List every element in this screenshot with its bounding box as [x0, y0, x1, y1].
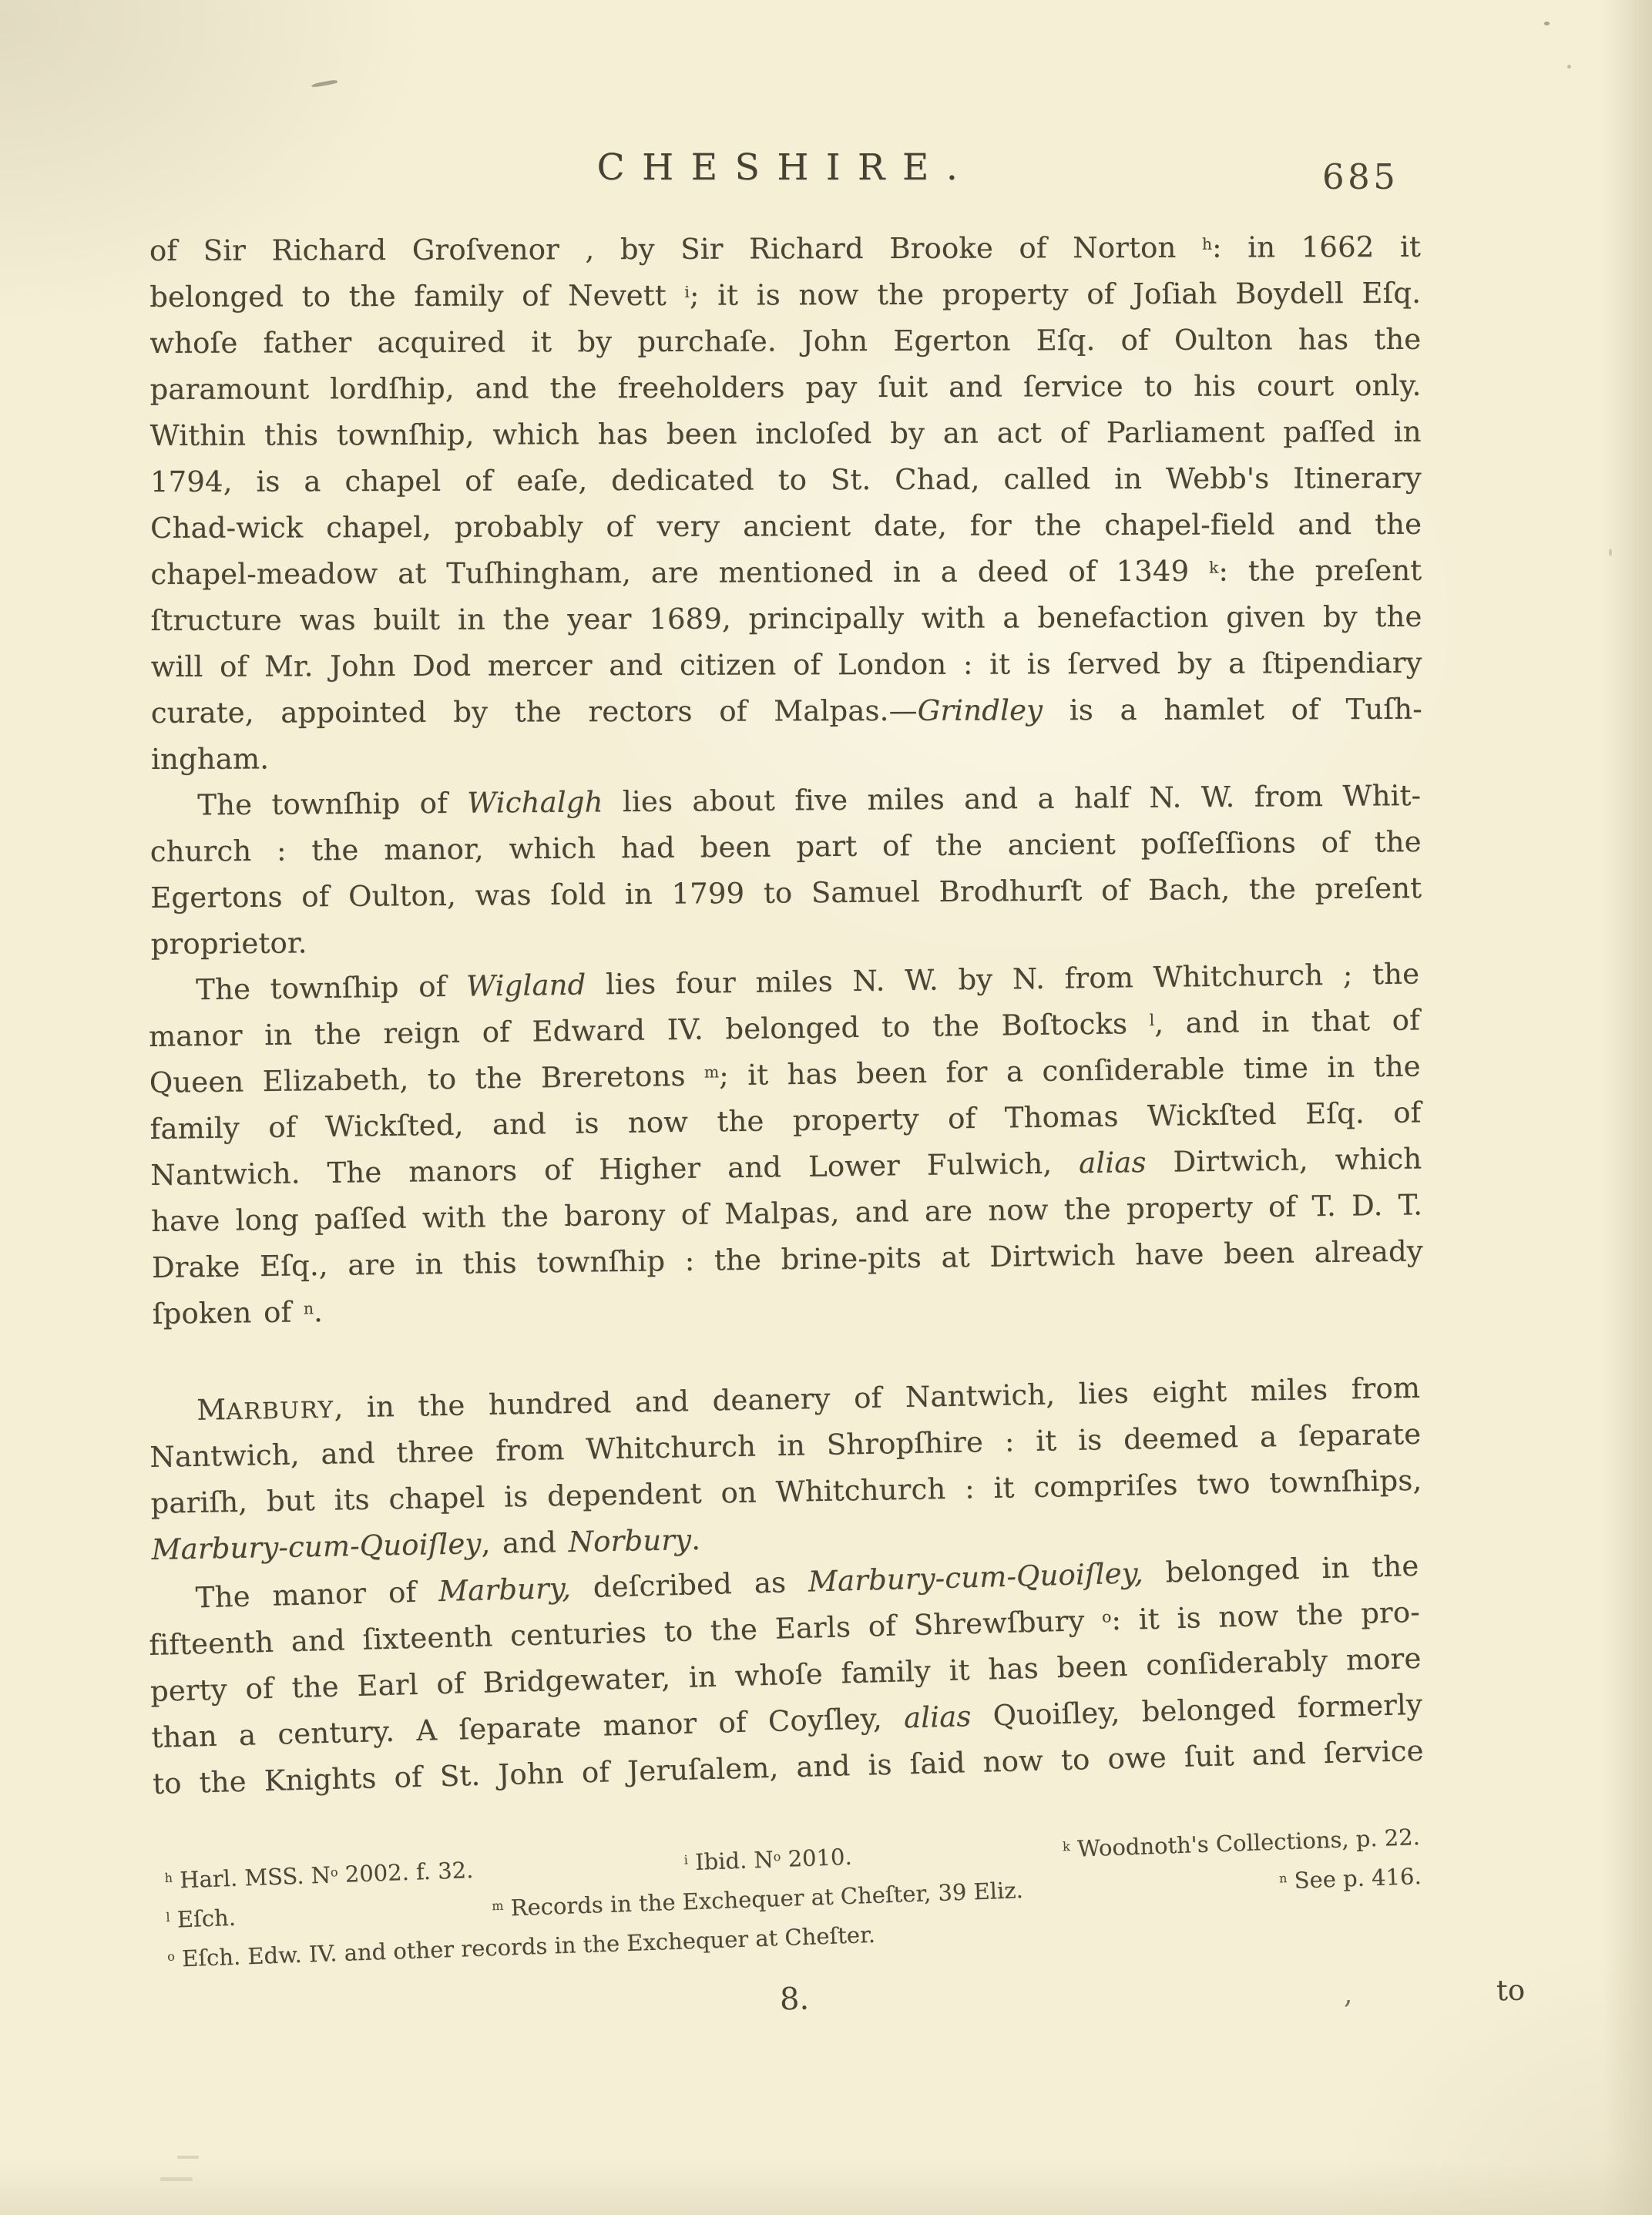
- text-segment: alias: [903, 1700, 972, 1734]
- footnote-ref: m: [492, 1898, 504, 1914]
- footnote-ref: h: [164, 1871, 173, 1885]
- paragraph: The townſhip of Wigland lies four miles …: [148, 951, 1424, 1337]
- footnotes: h Harl. MSS. No 2002. f. 32.i Ibid. No 2…: [164, 1819, 1423, 1981]
- footnote-ref: o: [773, 1849, 781, 1864]
- scan-squiggle-mark: [311, 79, 337, 88]
- text-segment: Marbury-cum-Quoiſley: [151, 1527, 482, 1566]
- footnote-ref: h: [1202, 235, 1212, 253]
- text-line: 1794, is a chapel of eaſe, dedicated to …: [150, 455, 1422, 505]
- text-segment: Chad-wick chapel, probably of very ancie…: [150, 508, 1422, 545]
- page-number: 685: [1322, 156, 1398, 197]
- text-line: chapel-meadow at Tuſhingham, are mention…: [150, 548, 1422, 598]
- text-segment: curate, appointed by the rectors of Malp…: [151, 694, 918, 730]
- text-segment: Quoiſley, belonged formerly: [971, 1688, 1423, 1733]
- text-segment: The townſhip of: [197, 787, 467, 822]
- text-segment: Drake Eſq., are in this townſhip : the b…: [152, 1234, 1423, 1284]
- scan-speck: [1609, 549, 1612, 556]
- text-segment: : the preſent: [1218, 554, 1422, 588]
- text-segment: 2010.: [781, 1844, 852, 1872]
- text-segment: proprietor.: [151, 926, 307, 961]
- text-line: ſtructure was built in the year 1689, pr…: [150, 594, 1422, 644]
- text-segment: Egertons of Oulton, was ſold in 1799 to …: [150, 871, 1422, 915]
- text-segment: M: [196, 1393, 227, 1427]
- text-line: whoſe father acquired it by purchaſe. Jo…: [149, 317, 1421, 367]
- text-segment: Woodnoth's Collections, p. 22.: [1069, 1824, 1420, 1862]
- scan-speck: [160, 2177, 193, 2181]
- footnote-ref: o: [1102, 1608, 1112, 1626]
- text-segment: Wichalgh: [467, 785, 603, 819]
- text-segment: : in 1662 it: [1212, 230, 1421, 264]
- scan-speck: [1567, 65, 1571, 69]
- text-segment: ; it is now the property of Joſiah Boyde…: [690, 277, 1421, 312]
- text-line: of Sir Richard Groſvenor , by Sir Richar…: [149, 224, 1421, 274]
- paragraph: The townſhip of Wichalgh lies about five…: [149, 773, 1422, 968]
- text-segment: .: [691, 1523, 701, 1556]
- text-segment: belonged to the family of Nevett: [149, 279, 684, 314]
- text-segment: Grindley: [918, 693, 1043, 727]
- text-segment: ingham.: [151, 743, 269, 776]
- text-line: will of Mr. John Dod mercer and citizen …: [151, 640, 1422, 690]
- text-segment: lies four miles N. W. by N. from Whitchu…: [586, 957, 1419, 1001]
- text-segment: belonged in the: [1143, 1549, 1419, 1589]
- text-segment: Wigland: [466, 968, 586, 1003]
- text-segment: will of Mr. John Dod mercer and citizen …: [151, 646, 1422, 683]
- text-segment: Eſch.: [170, 1905, 236, 1933]
- text-line: Within this townſhip, which has been inc…: [150, 409, 1422, 459]
- text-segment: deſcribed as: [570, 1566, 808, 1605]
- text-segment: ſpoken of: [152, 1295, 304, 1331]
- text-segment: manor in the reign of Edward IV. belonge…: [149, 1007, 1150, 1053]
- text-segment: 1794, is a chapel of eaſe, dedicated to …: [150, 461, 1422, 498]
- text-segment: Queen Elizabeth, to the Breretons: [149, 1059, 705, 1099]
- text-segment: ARBURY: [226, 1397, 334, 1425]
- text-segment: See p. 416.: [1287, 1863, 1422, 1894]
- signature-mark: 8.: [780, 1982, 810, 2018]
- catchword: to: [1496, 1974, 1526, 2008]
- text-line: belonged to the family of Nevett i; it i…: [149, 270, 1421, 321]
- footnote-ref: i: [684, 283, 690, 301]
- text-segment: Nantwich. The manors of Higher and Lower…: [150, 1146, 1079, 1192]
- scan-speck: [177, 2156, 199, 2159]
- footnote-ref: o: [167, 1949, 175, 1964]
- footnote: i Ibid. No 2010.: [683, 1839, 853, 1884]
- text-segment: chapel-meadow at Tuſhingham, are mention…: [150, 555, 1209, 591]
- paragraph: The manor of Marbury, deſcribed as Marbu…: [147, 1543, 1424, 1807]
- text-segment: , and in that of: [1154, 1003, 1420, 1040]
- text-segment: : it is now the pro-: [1111, 1596, 1421, 1636]
- stray-ink-mark: ,: [1344, 1978, 1352, 2010]
- footnote: n See p. 416.: [1278, 1858, 1422, 1902]
- footnote-ref: n: [304, 1299, 314, 1317]
- text-segment: is a hamlet of Tuſh-: [1043, 693, 1422, 727]
- text-line: paramount lordſhip, and the freeholders …: [149, 363, 1421, 413]
- paragraph: of Sir Richard Groſvenor , by Sir Richar…: [149, 224, 1422, 783]
- text-segment: Ibid. N: [687, 1846, 774, 1875]
- text-segment: Marbury-cum-Quoiſley,: [808, 1556, 1143, 1598]
- text-segment: Dirtwich, which: [1146, 1142, 1422, 1179]
- text-segment: ſtructure was built in the year 1689, pr…: [150, 600, 1422, 637]
- text-segment: paramount lordſhip, and the freeholders …: [149, 369, 1421, 406]
- text-segment: Marbury,: [438, 1572, 572, 1608]
- text-segment: whoſe father acquired it by purchaſe. Jo…: [149, 323, 1421, 360]
- text-segment: of Sir Richard Groſvenor , by Sir Richar…: [149, 231, 1202, 267]
- footnote-ref: i: [683, 1853, 688, 1868]
- footnote: l Eſch.: [166, 1900, 237, 1941]
- text-segment: 2002. f. 32.: [337, 1857, 474, 1888]
- footnote-ref: o: [331, 1865, 338, 1880]
- text-line: Chad-wick chapel, probably of very ancie…: [150, 502, 1422, 552]
- footnote-ref: l: [166, 1910, 170, 1925]
- footnote-ref: n: [1279, 1871, 1288, 1886]
- body-text: of Sir Richard Groſvenor , by Sir Richar…: [150, 228, 1422, 1807]
- text-segment: Within this townſhip, which has been inc…: [150, 415, 1422, 452]
- footnote-ref: k: [1063, 1839, 1070, 1854]
- text-segment: , and: [481, 1525, 569, 1560]
- text-segment: The townſhip of: [196, 970, 466, 1007]
- footnote-ref: l: [1150, 1011, 1155, 1029]
- text-line: curate, appointed by the rectors of Malp…: [151, 686, 1422, 737]
- text-segment: ; it has been for a conſiderable time in…: [719, 1049, 1421, 1092]
- text-segment: lies about five miles and a half N. W. f…: [603, 779, 1421, 818]
- text-segment: Norbury: [568, 1523, 691, 1559]
- scan-speck: [1544, 22, 1550, 25]
- text-segment: alias: [1079, 1146, 1147, 1180]
- footnote-ref: m: [704, 1063, 720, 1082]
- text-segment: .: [314, 1295, 323, 1328]
- paragraph: MARBURY, in the hundred and deanery of N…: [149, 1365, 1423, 1573]
- text-segment: Harl. MSS. N: [172, 1861, 331, 1893]
- running-head: CHESHIRE.: [150, 146, 1422, 189]
- footnote-ref: k: [1209, 559, 1218, 577]
- text-segment: church : the manor, which had been part …: [150, 825, 1422, 868]
- text-segment: The manor of: [195, 1575, 439, 1614]
- book-page-scan: CHESHIRE. 685 of Sir Richard Groſvenor ,…: [0, 0, 1652, 2215]
